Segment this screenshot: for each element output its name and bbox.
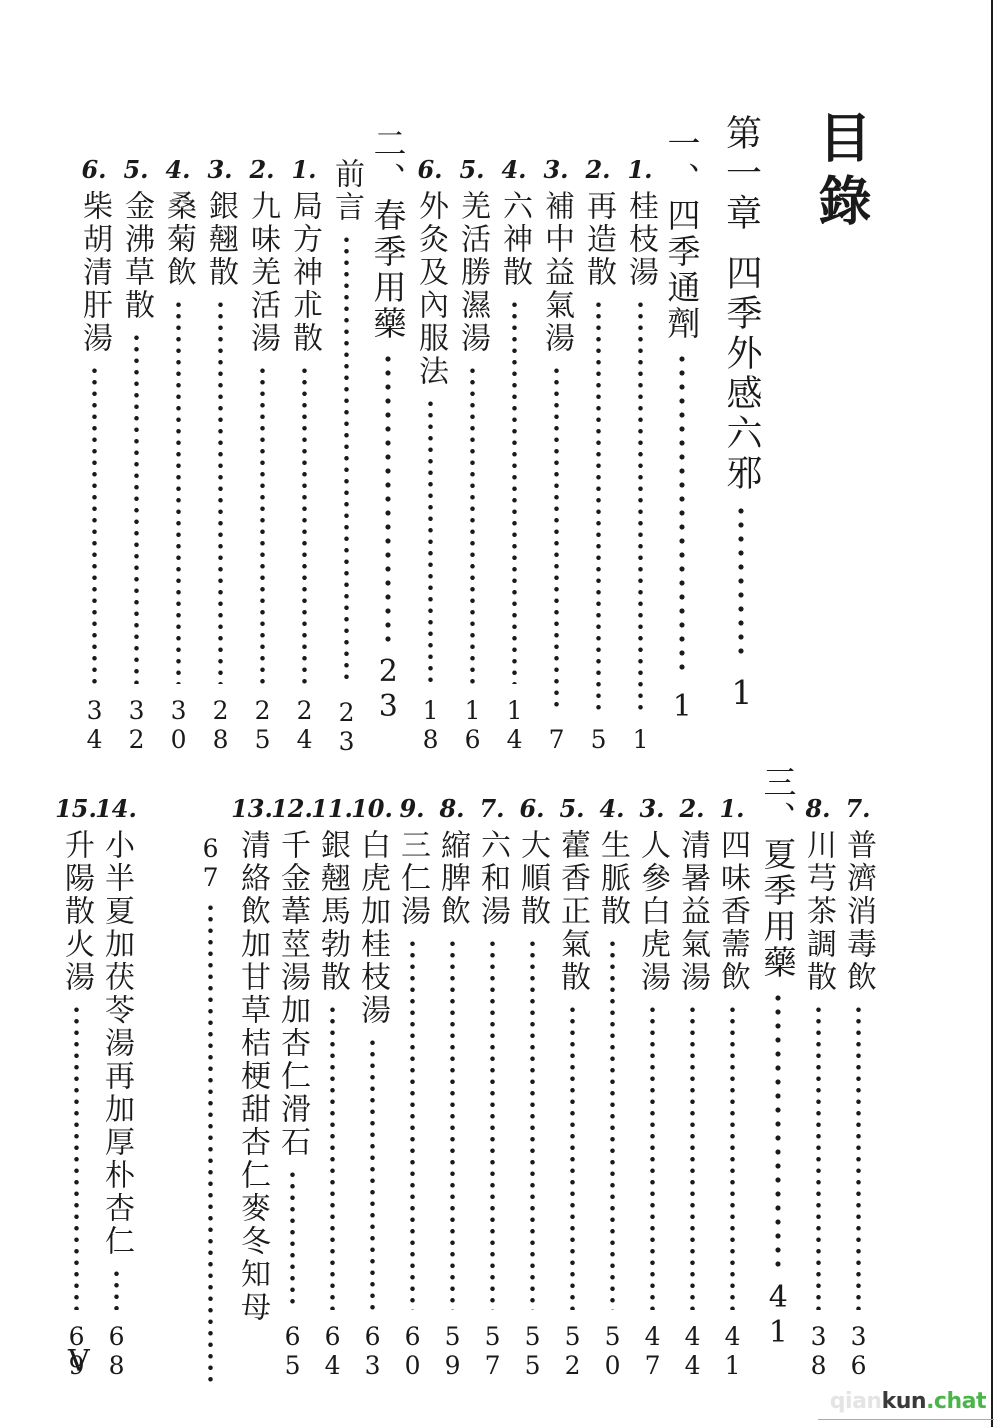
watermark-tld: .chat (926, 1389, 986, 1414)
entry-title: 金沸草散 (121, 190, 151, 322)
entry-title: 三仁湯 (397, 829, 427, 928)
entry-title: 銀翹散 (205, 190, 235, 289)
entry-title: 補中益氣湯 (541, 190, 571, 355)
entry-page: 38 (805, 1322, 831, 1380)
entry-page: 14 (501, 696, 527, 754)
toc-entry: 4. 生脈散 50 (594, 762, 630, 1380)
dot-leader (369, 1037, 376, 1310)
entry-number: 5. (123, 156, 148, 184)
toc-entry: 3. 銀翹散 28 (202, 112, 238, 754)
dot-leader (259, 365, 266, 684)
entry-number: 7. (845, 795, 870, 823)
dot-leader (289, 1169, 296, 1310)
toc-entry: 12. 千金葦莖湯加杏仁滑石 65 (274, 762, 310, 1380)
entry-number: 2. (679, 795, 704, 823)
long-entry-reference: 67 (192, 762, 228, 1417)
toc-entry: 6. 柴胡清肝湯 34 (76, 112, 112, 754)
entry-page: 24 (291, 696, 317, 754)
dot-leader (207, 902, 214, 1387)
entry-page: 16 (459, 696, 485, 754)
dot-leader (175, 299, 182, 684)
entry-page: 50 (599, 1322, 625, 1380)
entry-page: 18 (417, 696, 443, 754)
entry-title: 清暑益氣湯 (677, 829, 707, 994)
dot-leader (855, 1004, 862, 1310)
entry-number: 5. (459, 156, 484, 184)
toc-entry: 7. 普濟消毒飲 36 (840, 762, 876, 1380)
toc-entry: 15. 升陽散火湯 69 (58, 762, 94, 1380)
entry-page: 41 (762, 1280, 794, 1350)
entry-page: 55 (519, 1322, 545, 1380)
entry-page: 25 (249, 696, 275, 754)
watermark-prefix: qian (830, 1389, 882, 1414)
entry-number: 5. (559, 795, 584, 823)
dot-leader (737, 504, 745, 661)
chapter-label: 第一章 (716, 114, 767, 234)
toc-entry: 5. 羌活勝濕湯 16 (454, 112, 490, 754)
entry-number: 3. (207, 156, 232, 184)
entry-title: 升陽散火湯 (61, 829, 91, 994)
toc-entry: 8. 川芎茶調散 38 (800, 762, 836, 1380)
entry-number: 6. (81, 156, 106, 184)
toc-entry: 11. 銀翹馬勃散 64 (314, 762, 350, 1380)
entry-title: 桂枝湯 (625, 190, 655, 289)
entry-title: 白虎加桂枝湯 (357, 829, 387, 1027)
entry-title: 清絡飲加甘草桔梗甜杏仁麥冬知母 (237, 829, 267, 1324)
dot-leader (609, 938, 616, 1310)
entry-page: 65 (279, 1322, 305, 1380)
entry-title: 普濟消毒飲 (843, 829, 873, 994)
entry-page: 52 (559, 1322, 585, 1380)
long-entry-text: 13. 清絡飲加甘草桔梗甜杏仁麥冬知母 (234, 762, 270, 1380)
toc-entry: 5. 藿香正氣散 52 (554, 762, 590, 1380)
entry-number: 13. (231, 795, 273, 823)
entry-number: 9. (399, 795, 424, 823)
entry-page: 44 (679, 1322, 705, 1380)
entry-title: 人參白虎湯 (637, 829, 667, 994)
entry-number: 1. (719, 795, 744, 823)
entry-title: 局方神朮散 (289, 190, 319, 355)
dot-leader (449, 938, 456, 1310)
toc-entry: 2. 九味羌活湯 25 (244, 112, 280, 754)
entry-page: 7 (543, 725, 569, 754)
toc-entry: 6. 外灸及內服法 18 (412, 112, 448, 754)
entry-title: 川芎茶調散 (803, 829, 833, 994)
entry-title: 外灸及內服法 (415, 190, 445, 388)
dot-leader (553, 365, 560, 713)
entry-number: 12. (271, 795, 313, 823)
entry-number: 2. (249, 156, 274, 184)
entry-number: 4. (165, 156, 190, 184)
toc-entry: 4. 六神散 14 (496, 112, 532, 754)
toc-entry-chapter: 第一章 四季外感六邪 1 (720, 112, 762, 712)
dot-leader (133, 332, 140, 684)
dot-leader (637, 299, 644, 713)
dot-leader (529, 938, 536, 1310)
entry-page: 30 (165, 696, 191, 754)
toc-entry: 3. 補中益氣湯 7 (538, 112, 574, 754)
dot-leader (113, 1268, 120, 1310)
toc-entry: 10. 白虎加桂枝湯 63 (354, 762, 390, 1380)
toc-entry: 3. 人參白虎湯 47 (634, 762, 670, 1380)
toc-entry: 9. 三仁湯 60 (394, 762, 430, 1380)
toc-entry-section: 二、春季用藥 23 (370, 112, 406, 724)
entry-title: 千金葦莖湯加杏仁滑石 (277, 829, 307, 1159)
toc-entry: 14. 小半夏加茯苓湯再加厚朴杏仁 68 (98, 762, 134, 1380)
dot-leader (384, 352, 392, 642)
entry-number: 3. (543, 156, 568, 184)
entry-title: 四味香薷飲 (717, 829, 747, 994)
entry-title: 大順散 (517, 829, 547, 928)
entry-number: 6. (417, 156, 442, 184)
dot-leader (301, 365, 308, 684)
dot-leader (73, 1004, 80, 1310)
entry-page: 23 (372, 654, 404, 724)
entry-title: 生脈散 (597, 829, 627, 928)
entry-title: 六和湯 (477, 829, 507, 928)
entry-page: 41 (719, 1322, 745, 1380)
toc-page: 目錄 第一章 四季外感六邪 1 一、四季通劑 1 1. 桂枝湯 1 2. 再造散… (0, 0, 994, 1427)
dot-leader (489, 938, 496, 1310)
entry-title: 再造散 (583, 190, 613, 289)
entry-page: 47 (639, 1322, 665, 1380)
entry-page: 5 (585, 725, 611, 754)
section-title: 三、夏季用藥 (762, 765, 795, 981)
entry-number: 3. (639, 795, 664, 823)
toc-entry: 1. 四味香薷飲 41 (714, 762, 750, 1380)
entry-page: 64 (319, 1322, 345, 1380)
entry-title: 六神散 (499, 190, 529, 289)
scan-edge-line-right (991, 0, 993, 1427)
section-title: 二、春季用藥 (372, 126, 405, 342)
roman-page-number: V (68, 1344, 90, 1379)
entry-page: 67 (197, 834, 223, 892)
entry-number: 8. (439, 795, 464, 823)
toc-entry: 8. 縮脾飲 59 (434, 762, 470, 1380)
toc-entry: 2. 再造散 5 (580, 112, 616, 754)
dot-leader (815, 1004, 822, 1310)
toc-entry: 7. 六和湯 57 (474, 762, 510, 1380)
entry-page: 1 (666, 689, 698, 724)
entry-number: 14. (95, 795, 137, 823)
entry-number: 4. (599, 795, 624, 823)
toc-entry-long: 13. 清絡飲加甘草桔梗甜杏仁麥冬知母 67 (192, 762, 270, 1347)
entry-number: 2. (585, 156, 610, 184)
entry-page: 23 (333, 698, 359, 756)
dot-leader (649, 1004, 656, 1310)
entry-page: 32 (123, 696, 149, 754)
toc-entry: 1. 局方神朮散 24 (286, 112, 322, 754)
toc-entry-section: 一、四季通劑 1 (664, 112, 700, 724)
dot-leader (595, 299, 602, 713)
entry-number: 15. (55, 795, 97, 823)
entry-page: 68 (103, 1322, 129, 1380)
scan-edge-line-bottom (818, 1419, 994, 1420)
entry-number: 6. (519, 795, 544, 823)
dot-leader (329, 1004, 336, 1310)
dot-leader (678, 352, 686, 677)
entry-page: 1 (724, 673, 759, 712)
entry-number: 8. (805, 795, 830, 823)
entry-number: 7. (479, 795, 504, 823)
chapter-title: 四季外感六邪 (723, 254, 759, 494)
entry-page: 63 (359, 1322, 385, 1380)
dot-leader (217, 299, 224, 684)
entry-title: 羌活勝濕湯 (457, 190, 487, 355)
entry-title: 桑菊飲 (163, 190, 193, 289)
entry-number: 4. (501, 156, 526, 184)
entry-page: 1 (627, 725, 653, 754)
toc-entry: 4. 桑菊飲 30 (160, 112, 196, 754)
entry-page: 59 (439, 1322, 465, 1380)
dot-leader (569, 1004, 576, 1310)
entry-number: 11. (311, 795, 353, 823)
entry-number: 1. (291, 156, 316, 184)
dot-leader (91, 365, 98, 684)
toc-entry: 1. 桂枝湯 1 (622, 112, 658, 754)
entry-page: 60 (399, 1322, 425, 1380)
entry-page: 57 (479, 1322, 505, 1380)
entry-page: 28 (207, 696, 233, 754)
entry-number: 10. (351, 795, 393, 823)
entry-number: 1. (627, 156, 652, 184)
dot-leader (689, 1004, 696, 1310)
toc-section-upper: 第一章 四季外感六邪 1 一、四季通劑 1 1. 桂枝湯 1 2. 再造散 5 … (70, 112, 762, 710)
watermark-name: kun (882, 1389, 926, 1414)
entry-title: 銀翹馬勃散 (317, 829, 347, 994)
toc-entry: 6. 大順散 55 (514, 762, 550, 1380)
page-title: 目錄 (814, 110, 867, 236)
entry-title: 縮脾飲 (437, 829, 467, 928)
entry-title: 藿香正氣散 (557, 829, 587, 994)
watermark: qiankun.chat (830, 1389, 986, 1414)
toc-entry-section: 三、夏季用藥 41 (760, 762, 796, 1350)
toc-entry: 2. 清暑益氣湯 44 (674, 762, 710, 1380)
toc-entry-foreword: 前言 23 (328, 112, 364, 756)
dot-leader (469, 365, 476, 684)
entry-title: 九味羌活湯 (247, 190, 277, 355)
dot-leader (409, 938, 416, 1310)
entry-title: 小半夏加茯苓湯再加厚朴杏仁 (101, 829, 131, 1258)
section-title: 一、四季通劑 (666, 126, 699, 342)
entry-page: 36 (845, 1322, 871, 1380)
dot-leader (774, 991, 782, 1268)
toc-entry: 5. 金沸草散 32 (118, 112, 154, 754)
entry-page: 34 (81, 696, 107, 754)
dot-leader (427, 398, 434, 684)
entry-title: 柴胡清肝湯 (79, 190, 109, 355)
dot-leader (343, 234, 350, 686)
toc-section-lower: 7. 普濟消毒飲 36 8. 川芎茶調散 38 三、夏季用藥 41 1. 四味香… (54, 762, 876, 1347)
entry-title: 前言 (331, 158, 361, 224)
dot-leader (511, 299, 518, 684)
dot-leader (729, 1004, 736, 1310)
